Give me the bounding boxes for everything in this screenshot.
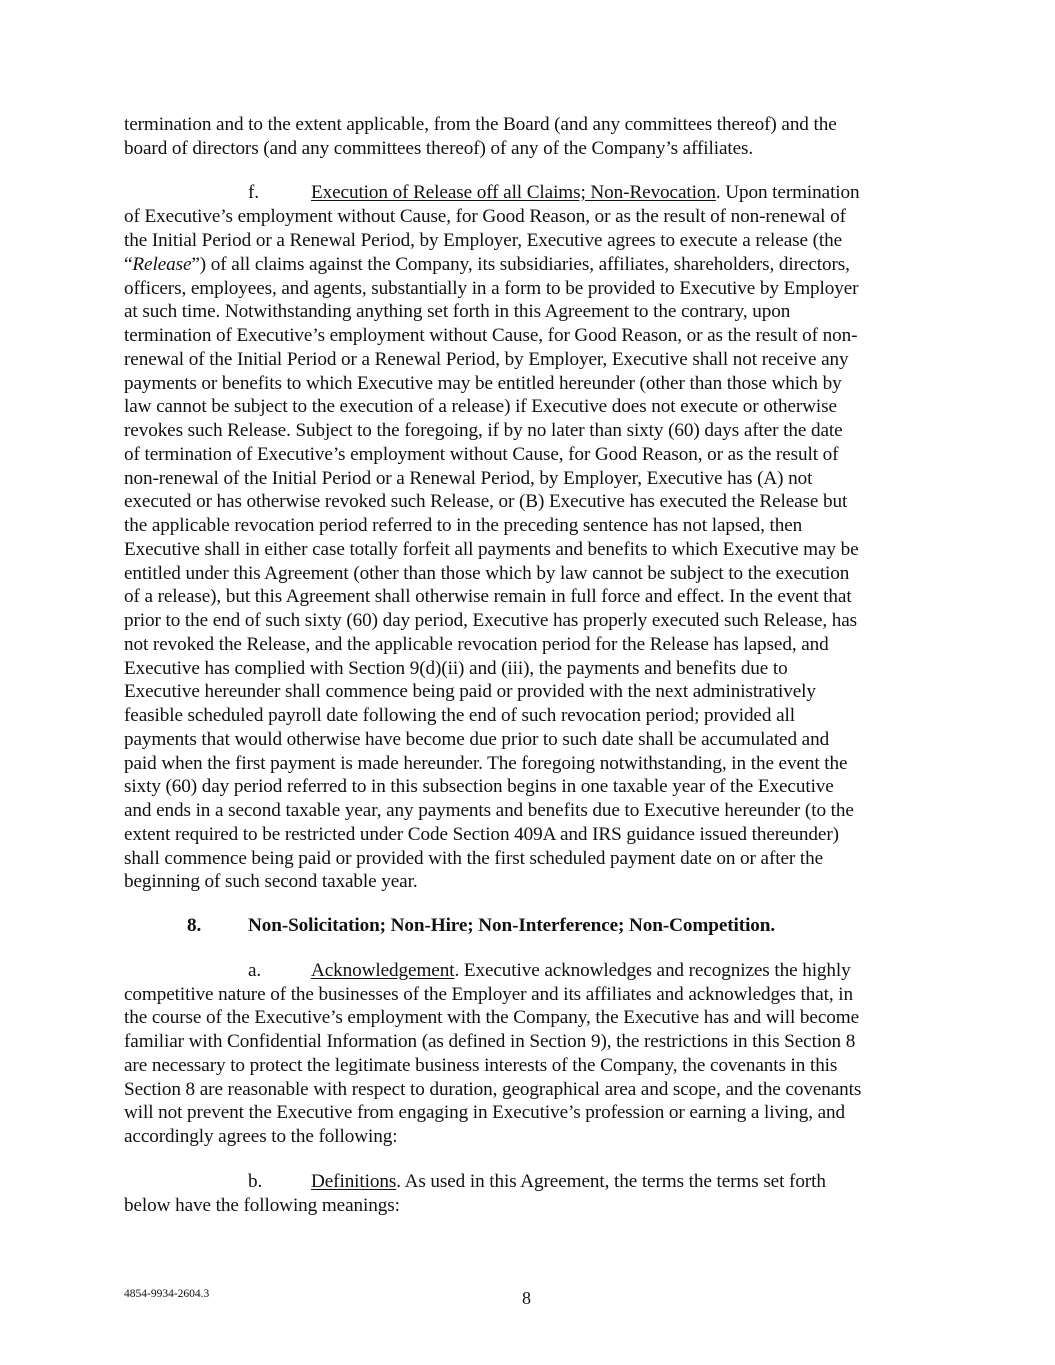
section-8a-first-line: Acknowledgement. Executive acknowledges … xyxy=(311,959,851,983)
paragraph-line: familiar with Confidential Information (… xyxy=(124,1030,855,1054)
paragraph-line: competitive nature of the businesses of … xyxy=(124,983,853,1007)
paragraph-line: Executive shall in either case totally f… xyxy=(124,538,859,562)
paragraph-line: payments or benefits to which Executive … xyxy=(124,372,842,396)
section-8b-heading: Definitions xyxy=(311,1171,396,1192)
section-7f-heading: Execution of Release off all Claims; Non… xyxy=(311,182,716,203)
section-8a-heading: Acknowledgement xyxy=(311,960,454,981)
paragraph-line: beginning of such second taxable year. xyxy=(124,870,418,894)
paragraph-line: board of directors (and any committees t… xyxy=(124,137,753,161)
release-defined-term: Release xyxy=(132,254,191,275)
paragraph-line: the course of the Executive’s employment… xyxy=(124,1006,859,1030)
paragraph-line: paid when the first payment is made here… xyxy=(124,752,847,776)
paragraph-line: termination and to the extent applicable… xyxy=(124,113,837,137)
paragraph-line: accordingly agrees to the following: xyxy=(124,1125,397,1149)
paragraph-line: at such time. Notwithstanding anything s… xyxy=(124,300,790,324)
paragraph-line: entitled under this Agreement (other tha… xyxy=(124,562,849,586)
paragraph-line: law cannot be subject to the execution o… xyxy=(124,395,837,419)
footer-document-id: 4854-9934-2604.3 xyxy=(124,1288,209,1300)
section-8a-marker: a. xyxy=(248,959,261,983)
document-page: termination and to the extent applicable… xyxy=(0,0,1055,1365)
section-8b-marker: b. xyxy=(248,1170,262,1194)
paragraph-line: of Executive’s employment without Cause,… xyxy=(124,205,846,229)
page-number: 8 xyxy=(522,1288,531,1309)
paragraph-line: not revoked the Release, and the applica… xyxy=(124,633,829,657)
paragraph-line: shall commence being paid or provided wi… xyxy=(124,847,823,871)
paragraph-line: feasible scheduled payroll date followin… xyxy=(124,704,795,728)
paragraph-line: officers, employees, and agents, substan… xyxy=(124,277,858,301)
paragraph-line: revokes such Release. Subject to the for… xyxy=(124,419,843,443)
line-rest: . As used in this Agreement, the terms t… xyxy=(396,1171,826,1192)
paragraph-line: prior to the end of such sixty (60) day … xyxy=(124,609,857,633)
section-7f-first-line-rest: . Upon termination xyxy=(716,182,860,203)
line-rest: . Executive acknowledges and recognizes … xyxy=(454,960,850,981)
paragraph-line: termination of Executive’s employment wi… xyxy=(124,324,857,348)
section-8b-first-line: Definitions. As used in this Agreement, … xyxy=(311,1170,826,1194)
line-rest: ”) of all claims against the Company, it… xyxy=(191,254,849,275)
paragraph-line: sixty (60) day period referred to in thi… xyxy=(124,775,834,799)
section-8-number: 8. xyxy=(187,914,201,938)
section-8-title: Non-Solicitation; Non-Hire; Non-Interfer… xyxy=(248,914,775,938)
paragraph-line: renewal of the Initial Period or a Renew… xyxy=(124,348,848,372)
paragraph-line: Executive hereunder shall commence being… xyxy=(124,680,816,704)
paragraph-line: and ends in a second taxable year, any p… xyxy=(124,799,854,823)
paragraph-line: are necessary to protect the legitimate … xyxy=(124,1054,837,1078)
paragraph-line: the applicable revocation period referre… xyxy=(124,514,802,538)
paragraph-line: executed or has otherwise revoked such R… xyxy=(124,490,847,514)
paragraph-line: Executive has complied with Section 9(d)… xyxy=(124,657,788,681)
paragraph-line: of a release), but this Agreement shall … xyxy=(124,585,852,609)
paragraph-line: will not prevent the Executive from enga… xyxy=(124,1101,845,1125)
paragraph-line: the Initial Period or a Renewal Period, … xyxy=(124,229,842,253)
paragraph-line: below have the following meanings: xyxy=(124,1194,400,1218)
paragraph-line: Section 8 are reasonable with respect to… xyxy=(124,1078,861,1102)
paragraph-line: non-renewal of the Initial Period or a R… xyxy=(124,467,812,491)
paragraph-line: of termination of Executive’s employment… xyxy=(124,443,838,467)
paragraph-line: “Release”) of all claims against the Com… xyxy=(124,253,850,277)
section-7f-marker: f. xyxy=(248,181,259,205)
paragraph-line: extent required to be restricted under C… xyxy=(124,823,839,847)
paragraph-line: payments that would otherwise have becom… xyxy=(124,728,829,752)
